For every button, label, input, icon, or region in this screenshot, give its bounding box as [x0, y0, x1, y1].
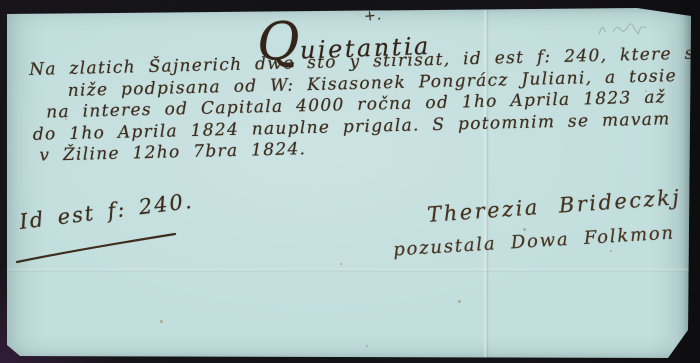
- scanned-document: +. Quietantia Na zlatich Šajnerich dwe s…: [0, 0, 700, 363]
- paper-speckle: [366, 345, 368, 347]
- body-text: Na zlatich Šajnerich dwe sto y štirisat,…: [25, 44, 687, 168]
- signature-name: Therezia Brideczkj: [426, 185, 682, 227]
- paper-sheet: +. Quietantia Na zlatich Šajnerich dwe s…: [7, 8, 691, 358]
- fold-line-horizontal: [7, 268, 691, 272]
- signature-subscript: pozustala Dowa Folkmon: [393, 222, 676, 260]
- paper-speckle: [340, 263, 342, 265]
- paper-speckle: [610, 250, 612, 252]
- paper-speckle: [160, 320, 163, 323]
- paper-speckle: [458, 300, 461, 303]
- faint-pencil-mark: [593, 16, 673, 42]
- underline-flourish: [15, 226, 185, 266]
